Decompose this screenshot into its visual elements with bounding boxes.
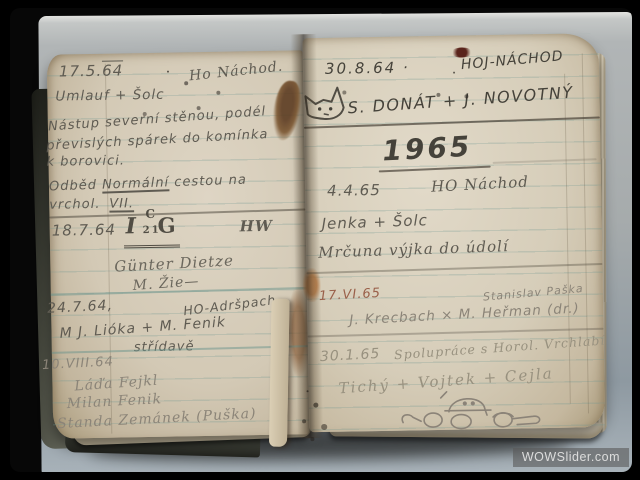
entry-date: 17.VI.65: [319, 286, 382, 304]
pencil-divider: [307, 263, 603, 274]
notebook: 17.5.64 Ho Náchod. Umlauf + Šolc Nástup …: [24, 25, 615, 461]
entry-club: HOJ-NÁCHOD: [460, 48, 564, 73]
entry-line: vrchol.: [49, 197, 100, 213]
binding-speckles: [307, 390, 309, 392]
entry-mark: HW: [240, 217, 273, 236]
pencil-strike: [493, 158, 597, 164]
entry-line: Umlauf + Šolc: [55, 87, 165, 105]
entry-line: M J. Lióka + M. Fenik: [59, 314, 226, 342]
entry-line: Milan Fenik: [66, 391, 162, 412]
entry-date-year: 64: [102, 61, 123, 79]
entry-club: HO Náchod: [431, 173, 530, 196]
club-monogram: C I 21 G: [123, 212, 180, 248]
entry-date: 17.5.64: [59, 61, 124, 80]
pencil-underline: [304, 117, 600, 129]
page-crease: [564, 74, 571, 404]
entry-line: střídavě: [134, 339, 195, 355]
ink-speckles: [167, 71, 169, 73]
torn-paper-strip: [269, 299, 290, 447]
ink-speckles: [453, 72, 455, 74]
entry-line-part: cestou na: [169, 173, 247, 191]
entry-date: 30.1.65: [320, 346, 381, 365]
entry-line: Spolupráce s Horol. Vrchlabí: [394, 333, 606, 363]
fox-doodle-icon: [303, 84, 348, 127]
entry-club: HO-Adršpach: [183, 292, 277, 318]
entry-line-underlined: Normální: [102, 175, 170, 192]
notebook-photo: 17.5.64 Ho Náchod. Umlauf + Šolc Nástup …: [10, 8, 632, 472]
entry-date: 10.VIII.64: [42, 354, 114, 373]
entry-line-part: Odběd: [49, 178, 103, 195]
entry-date: 30.8.64 ·: [325, 58, 410, 77]
monogram-letter: G: [157, 213, 175, 238]
signature: Günter Dietze: [114, 251, 234, 275]
climb-grade: VII.: [109, 196, 134, 211]
entry-date: 24.7.64,: [47, 297, 114, 316]
monogram-letter: I: [125, 213, 136, 239]
entry-club: Ho Náchod.: [188, 59, 284, 85]
entry-line: Jenka + Šolc: [321, 211, 428, 233]
entry-line: Odběd Normální cestou na: [49, 173, 247, 195]
car-doodle-icon: [397, 384, 550, 435]
entry-date-part: 17.5.: [59, 62, 102, 81]
entry-names: S. DONÁT + J. NOVOTNÝ: [347, 83, 574, 118]
entry-date: 4.4.65: [327, 181, 381, 200]
page-crease: [582, 53, 589, 413]
entry-line: J. Krecbach × M. Heřman (dr.): [349, 300, 580, 328]
entry-line: Mrčuna výjka do údolí: [318, 237, 509, 262]
entry-date: 18.7.64: [52, 221, 117, 240]
photo-frame: 17.5.64 Ho Náchod. Umlauf + Šolc Nástup …: [0, 0, 640, 480]
watermark-link[interactable]: WOWSlider.com: [513, 448, 629, 467]
right-page: 30.8.64 · HOJ-NÁCHOD S. DONÁT + J. NOVOT…: [302, 33, 605, 432]
entry-line: k borovici.: [46, 153, 125, 169]
year-heading: 1965: [382, 130, 474, 168]
monogram-letter: C: [145, 207, 155, 221]
